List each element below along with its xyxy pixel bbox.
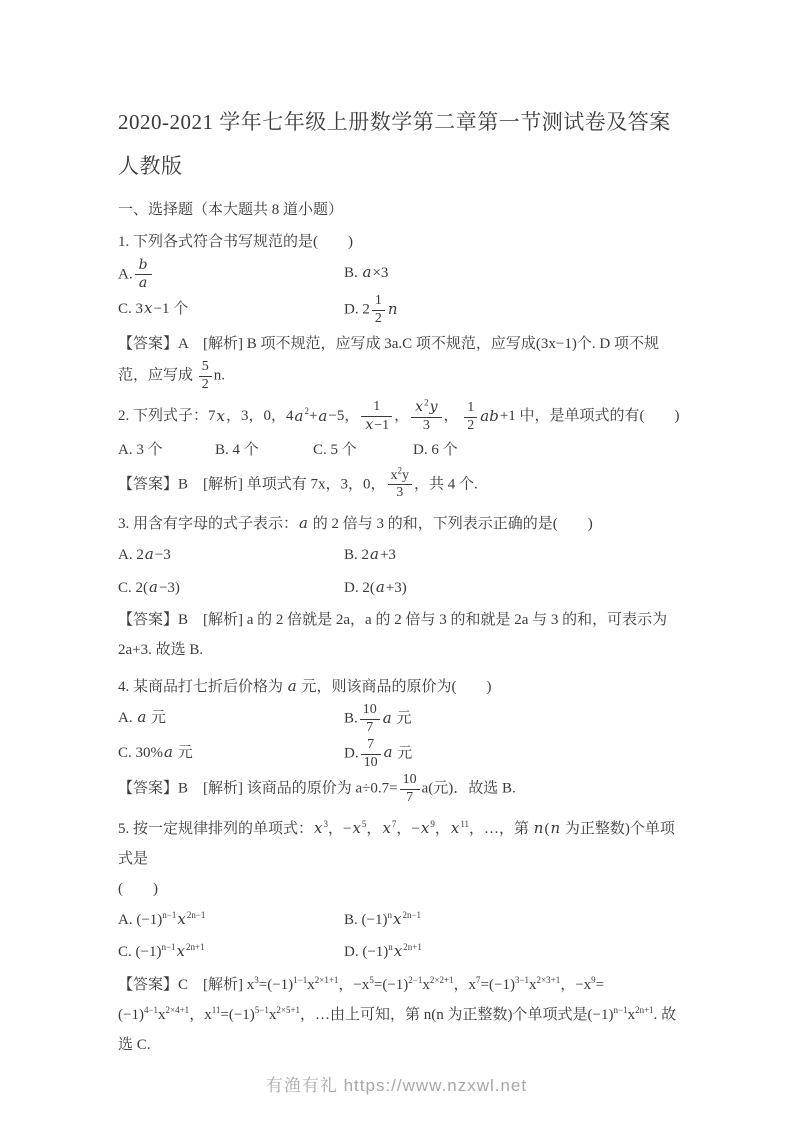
math-variable: a (287, 677, 298, 695)
question-5-option-D: D. (−1)nx2n+1 (344, 936, 683, 969)
question-5-options: A. (−1)n−1x2n−1B. (−1)nx2n−1C. (−1)n−1x2… (118, 904, 683, 969)
math-variable: x (351, 819, 361, 837)
math-variable: ab (479, 407, 500, 425)
fraction-numerator: 10 (400, 772, 420, 790)
math-fraction: ba (135, 257, 152, 294)
math-superscript: 3−1 (515, 975, 529, 985)
math-variable: x (143, 299, 153, 317)
question-2-option-B: B. 4 个 (215, 435, 313, 467)
math-fraction: 107 (360, 702, 380, 737)
math-superscript: 9 (591, 975, 596, 985)
math-variable: a (298, 514, 309, 532)
math-variable: a (362, 263, 373, 281)
math-superscript: n−1 (613, 1005, 627, 1015)
question-3-stem: 3. 用含有字母的式子表示：a 的 2 倍与 3 的和，下列表示正确的是( ) (118, 508, 683, 539)
math-variable: a (369, 545, 380, 563)
fraction-denominator: 7 (360, 720, 380, 737)
fraction-denominator: 7 (400, 790, 420, 807)
math-variable: a (148, 578, 159, 596)
math-variable: n (549, 819, 561, 837)
page-title: 2020-2021 学年七年级上册数学第二章第一节测试卷及答案 人教版 (118, 100, 683, 188)
fraction-numerator: 5 (199, 359, 212, 377)
math-variable: y (429, 399, 439, 415)
math-variable: a (138, 275, 148, 291)
fraction-numerator: 10 (360, 702, 380, 720)
question-2-options: A. 3 个B. 4 个C. 5 个D. 6 个 (118, 435, 683, 467)
fraction-denominator: x−1 (361, 417, 392, 435)
question-4-option-A: A. a 元 (118, 702, 344, 737)
question-4-option-C: C. 30%a 元 (118, 737, 344, 772)
question-3-option-B: B. 2a+3 (344, 539, 683, 572)
section-heading: 一、选择题（本大题共 8 道小题） (118, 196, 683, 225)
math-variable: a (383, 743, 394, 761)
math-superscript: 2n+1 (186, 942, 205, 952)
fraction-denominator: 3 (411, 418, 441, 435)
math-fraction: 52 (199, 359, 212, 394)
math-variable: a (317, 407, 328, 425)
math-superscript: 2 (424, 398, 429, 408)
question-5: 5. 按一定规律排列的单项式：x3，−x5，x7，−x9，x11，…，第 n(n… (118, 813, 683, 1060)
question-5-answer-analysis: 【答案】C [解析] x3=(−1)1−1x2×1+1，−x5=(−1)2−1x… (118, 970, 683, 1060)
math-variable: x (450, 819, 460, 837)
question-5-stem: ( ) (118, 874, 683, 904)
question-1-option-D: D. 212n (344, 293, 683, 328)
math-superscript: 2n+1 (635, 1005, 654, 1015)
question-1-answer-analysis: 【答案】A [解析] B 项不规范，应写成 3a.C 项不规范，应写成(3x−1… (118, 329, 683, 394)
math-variable: x (381, 819, 391, 837)
question-3-answer-analysis: 【答案】B [解析] a 的 2 倍就是 2a，a 的 2 倍与 3 的和就是 … (118, 605, 683, 665)
worksheet-page: 2020-2021 学年七年级上册数学第二章第一节测试卷及答案 人教版 一、选择… (0, 0, 793, 1122)
question-2-stem: 2. 下列式子：7x，3，0，4a2+a−5，1x−1，x2y3， 12ab+1… (118, 399, 683, 435)
math-superscript: 2 (398, 465, 403, 475)
math-variable: a (136, 708, 147, 726)
question-3-option-C: C. 2(a−3) (118, 572, 344, 605)
question-1-option-C: C. 3x−1 个 (118, 293, 344, 328)
math-fraction: 710 (361, 737, 381, 772)
question-4-option-B: B.107a 元 (344, 702, 683, 737)
math-variable: a (294, 407, 305, 425)
math-superscript: 2×2+1 (430, 975, 454, 985)
math-superscript: 2×1+1 (315, 975, 339, 985)
math-superscript: 7 (392, 819, 397, 829)
question-3-option-D: D. 2(a+3) (344, 572, 683, 605)
fraction-numerator: x2y (388, 468, 413, 486)
question-3-option-A: A. 2a−3 (118, 539, 344, 572)
math-superscript: 2n−1 (402, 910, 421, 920)
math-fraction: 107 (400, 772, 420, 807)
math-fraction: 12 (464, 400, 477, 435)
fraction-denominator: 10 (361, 755, 381, 772)
question-4-stem: 4. 某商品打七折后价格为 a 元，则该商品的原价为( ) (118, 671, 683, 702)
math-fraction: x2y3 (411, 399, 441, 435)
math-variable: x (176, 910, 186, 928)
fraction-numerator: x2y (411, 399, 441, 418)
question-2-answer-analysis: 【答案】B [解析] 单项式有 7x，3，0，x2y3，共 4 个. (118, 468, 683, 503)
footer-watermark: 有渔有礼 https://www.nzxwl.net (0, 1071, 793, 1096)
math-superscript: 1−1 (293, 975, 307, 985)
question-5-option-B: B. (−1)nx2n−1 (344, 904, 683, 937)
question-5-option-C: C. (−1)n−1x2n+1 (118, 936, 344, 969)
fraction-denominator: 3 (388, 485, 413, 502)
question-1: 1. 下列各式符合书写规范的是( )A.baB. a×3C. 3x−1 个D. … (118, 227, 683, 394)
fraction-numerator: 7 (361, 737, 381, 755)
question-4-answer-analysis: 【答案】B [解析] 该商品的原价为 a÷0.7=107a(元)．故选 B. (118, 772, 683, 807)
question-1-option-A: A.ba (118, 257, 344, 294)
question-2-option-C: C. 5 个 (313, 435, 413, 467)
math-superscript: 5 (362, 819, 367, 829)
questions-container: 1. 下列各式符合书写规范的是( )A.baB. a×3C. 3x−1 个D. … (118, 227, 683, 1060)
math-variable: x (393, 942, 403, 960)
math-variable: b (138, 257, 149, 273)
math-variable: a (163, 743, 174, 761)
math-superscript: 2−1 (408, 975, 422, 985)
question-1-stem: 1. 下列各式符合书写规范的是( ) (118, 227, 683, 257)
question-1-option-B: B. a×3 (344, 257, 683, 294)
question-4: 4. 某商品打七折后价格为 a 元，则该商品的原价为( )A. a 元B.107… (118, 671, 683, 807)
math-superscript: 5−1 (255, 1005, 269, 1015)
question-2-option-A: A. 3 个 (118, 435, 215, 467)
question-2-option-D: D. 6 个 (413, 435, 683, 467)
math-superscript: 11 (460, 819, 469, 829)
math-fraction: 1x−1 (361, 399, 392, 435)
math-superscript: 2×5+1 (276, 1005, 300, 1015)
question-3-options: A. 2a−3B. 2a+3C. 2(a−3)D. 2(a+3) (118, 539, 683, 604)
math-variable: n (387, 300, 399, 318)
question-1-options: A.baB. a×3C. 3x−1 个D. 212n (118, 257, 683, 328)
fraction-denominator: 2 (464, 418, 477, 435)
math-variable: x (216, 407, 226, 425)
math-variable: x (414, 399, 424, 415)
fraction-denominator: a (135, 275, 152, 293)
math-superscript: 2×3+1 (537, 975, 561, 985)
fraction-numerator: 1 (372, 293, 385, 311)
fraction-numerator: 1 (464, 400, 477, 418)
math-superscript: 2 (304, 407, 309, 417)
math-superscript: 5 (369, 975, 374, 985)
math-superscript: 2n−1 (187, 910, 206, 920)
page-title-line1: 2020-2021 学年七年级上册数学第二章第一节测试卷及答案 (118, 110, 671, 134)
question-2: 2. 下列式子：7x，3，0，4a2+a−5，1x−1，x2y3， 12ab+1… (118, 399, 683, 502)
page-title-line2: 人教版 (118, 154, 183, 178)
math-variable: x (364, 417, 374, 433)
math-variable: a (382, 709, 393, 727)
math-variable: a (144, 545, 155, 563)
fraction-denominator: 2 (372, 311, 385, 328)
math-superscript: 3 (254, 975, 259, 985)
math-superscript: 4−1 (144, 1005, 158, 1015)
question-3: 3. 用含有字母的式子表示：a 的 2 倍与 3 的和，下列表示正确的是( )A… (118, 508, 683, 665)
math-superscript: n−1 (162, 910, 176, 920)
math-variable: n (533, 819, 545, 837)
fraction-denominator: 2 (199, 377, 212, 394)
math-variable: x (176, 942, 186, 960)
fraction-numerator: 1 (361, 399, 392, 417)
math-superscript: 11 (212, 1005, 221, 1015)
math-variable: x (313, 819, 323, 837)
math-superscript: n−1 (161, 942, 175, 952)
question-5-stem: 5. 按一定规律排列的单项式：x3，−x5，x7，−x9，x11，…，第 n(n… (118, 813, 683, 874)
question-4-option-D: D.710a 元 (344, 737, 683, 772)
math-superscript: 2×4+1 (166, 1005, 190, 1015)
math-fraction: x2y3 (388, 468, 413, 503)
math-fraction: 12 (372, 293, 385, 328)
question-5-option-A: A. (−1)n−1x2n−1 (118, 904, 344, 937)
math-variable: a (375, 578, 386, 596)
math-superscript: 9 (430, 819, 435, 829)
math-variable: x (420, 819, 430, 837)
question-4-options: A. a 元B.107a 元C. 30%a 元D.710a 元 (118, 702, 683, 771)
fraction-numerator: b (135, 257, 152, 276)
math-superscript: 3 (323, 819, 328, 829)
math-superscript: 2n+1 (403, 942, 422, 952)
math-variable: x (392, 910, 402, 928)
math-superscript: 7 (476, 975, 481, 985)
